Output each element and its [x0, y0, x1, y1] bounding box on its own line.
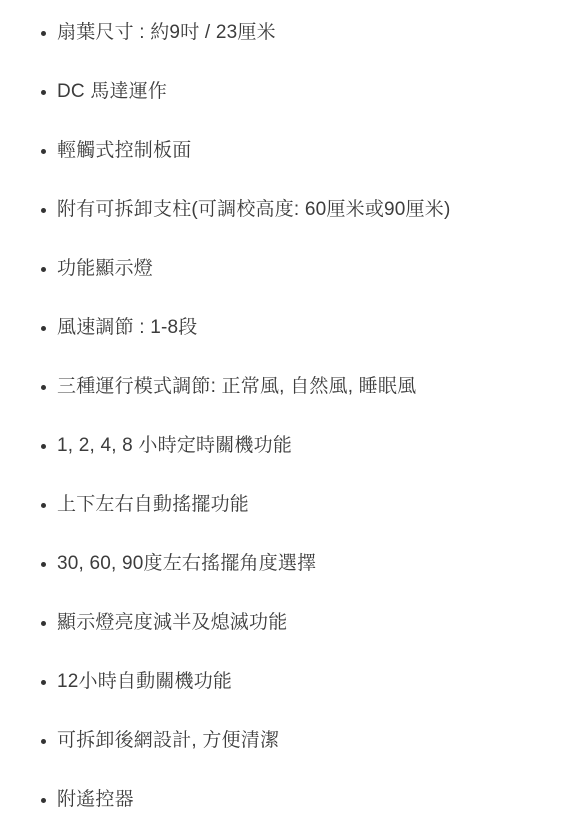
list-item: 輕觸式控制板面 — [57, 138, 555, 164]
list-item: 三種運行模式調節: 正常風, 自然風, 睡眠風 — [57, 374, 555, 400]
list-item: 扇葉尺寸 : 約9吋 / 23厘米 — [57, 20, 555, 46]
list-item: 30, 60, 90度左右搖擺角度選擇 — [57, 551, 555, 577]
list-item: 可拆卸後網設計, 方便清潔 — [57, 728, 555, 754]
list-item: 風速調節 : 1-8段 — [57, 315, 555, 341]
list-item: DC 馬達運作 — [57, 79, 555, 105]
list-item: 上下左右自動搖擺功能 — [57, 492, 555, 518]
list-item: 顯示燈亮度減半及熄滅功能 — [57, 610, 555, 636]
list-item: 12小時自動關機功能 — [57, 669, 555, 695]
list-item: 1, 2, 4, 8 小時定時關機功能 — [57, 433, 555, 459]
list-item: 功能顯示燈 — [57, 256, 555, 282]
product-description-page: 扇葉尺寸 : 約9吋 / 23厘米DC 馬達運作輕觸式控制板面附有可拆卸支柱(可… — [0, 0, 565, 835]
list-item: 附有可拆卸支柱(可調校高度: 60厘米或90厘米) — [57, 197, 555, 223]
list-item: 附遙控器 — [57, 787, 555, 813]
feature-list: 扇葉尺寸 : 約9吋 / 23厘米DC 馬達運作輕觸式控制板面附有可拆卸支柱(可… — [0, 0, 565, 813]
